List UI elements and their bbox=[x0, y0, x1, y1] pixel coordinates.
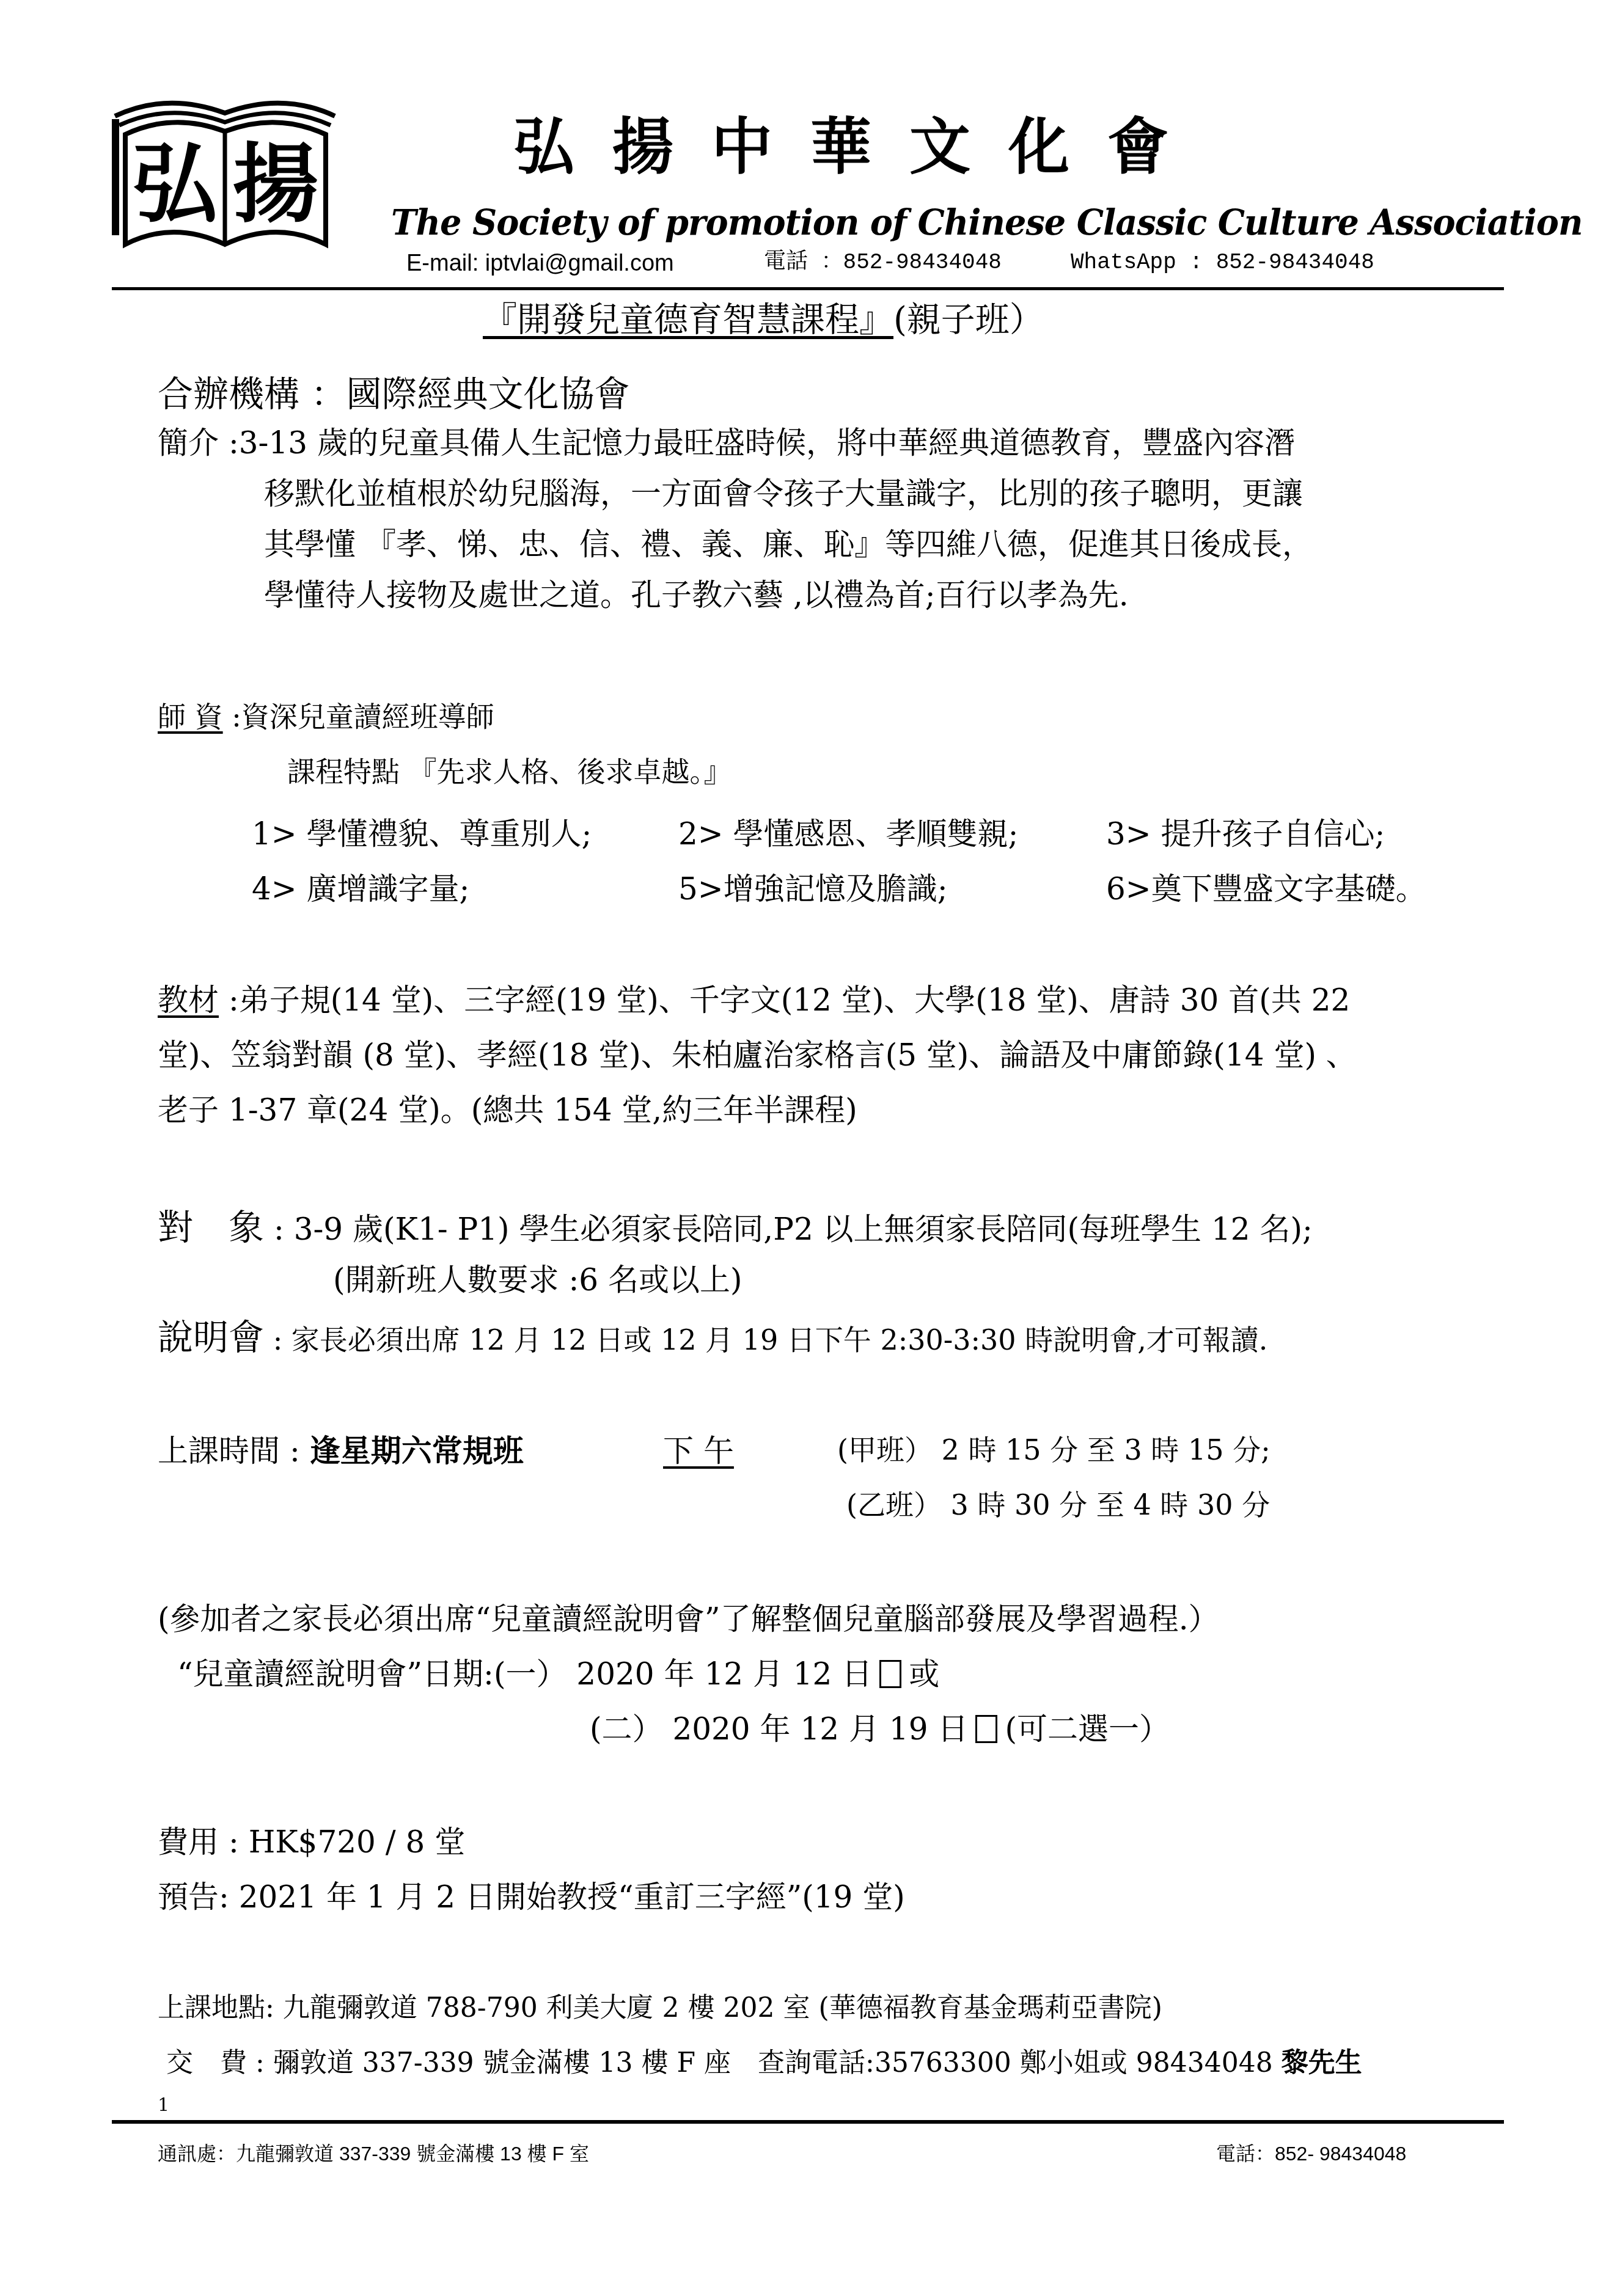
intro-line-2: 移默化並植根於幼兒腦海，一方面會令孩子大量識字，比別的孩子聰明，更讓 bbox=[264, 478, 1303, 509]
materials-line-3: 老子 1-37 章(24 堂)。(總共 154 堂,約三年半課程) bbox=[158, 1095, 857, 1125]
materials-line-1: 教材 :弟子規(14 堂)、三字經(19 堂)、千字文(12 堂)、大學(18 … bbox=[158, 985, 1350, 1015]
logo-open-book-icon: 弘 揚 bbox=[112, 95, 338, 254]
intro-label: 簡介 : bbox=[158, 425, 239, 461]
fee-line: 費用 : HK$720 / 8 堂 bbox=[158, 1827, 465, 1857]
footer-tel: 電話：852- 98434048 bbox=[1216, 2138, 1406, 2166]
venue-line: 上課地點: 九龍彌敦道 788-790 利美大廈 2 樓 202 室 (華德福教… bbox=[158, 1995, 1162, 2022]
contact-tel: 電話 ：852-98434048 bbox=[764, 252, 1002, 274]
feature-1: 1> 學懂禮貌、尊重別人; bbox=[252, 819, 592, 849]
intro-line-4: 學懂待人接物及處世之道。孔子教六藝 ,以禮為首;百行以孝為先. bbox=[264, 580, 1129, 610]
footer-divider bbox=[112, 2120, 1504, 2124]
briefing-label: 說明會 bbox=[158, 1317, 264, 1358]
co-organizer-label: 合辦機構 ： bbox=[158, 373, 346, 415]
co-organizer-value: 國際經典文化協會 bbox=[346, 373, 629, 415]
teachers-value: :資深兒童讀經班導師 bbox=[223, 700, 494, 733]
payment-line: 交 費 : 彌敦道 337-339 號金滿樓 13 樓 F 座 查詢電話:357… bbox=[166, 2050, 1362, 2077]
teachers-label: 師 資 bbox=[158, 700, 223, 733]
briefing-line: 說明會 : 家長必須出席 12 月 12 日或 12 月 19 日下午 2:30… bbox=[158, 1320, 1268, 1355]
logo-char-2: 揚 bbox=[233, 134, 318, 235]
notice-line: (參加者之家長必須出席“兒童讀經說明會”了解整個兒童腦部發展及學習過程.） bbox=[158, 1604, 1219, 1634]
preview-line: 預告: 2021 年 1 月 2 日開始教授“重訂三字經”(19 堂) bbox=[158, 1882, 905, 1912]
feature-5: 5>增強記憶及膽識; bbox=[678, 874, 948, 904]
contact-whatsapp: WhatsApp : 852-98434048 bbox=[1071, 252, 1374, 274]
course-title: 『開發兒童德育智慧課程』(親子班） bbox=[483, 299, 1044, 340]
dates-label: “兒童讀經說明會”日期: bbox=[177, 1656, 494, 1692]
org-name-zh: 弘揚中華文化會 bbox=[513, 116, 1206, 177]
footer-address: 通訊處：九龍彌敦道 337-339 號金滿樓 13 樓 F 室 bbox=[158, 2138, 589, 2166]
dates-line-2: (二） 2020 年 12 月 19 日(可二選一） bbox=[590, 1714, 1170, 1744]
schedule-line: 上課時間 : 逢星期六常規班 bbox=[158, 1436, 524, 1466]
intro-line-1: 簡介 :3-13 歲的兒童具備人生記憶力最旺盛時候，將中華經典道德教育，豐盛內容… bbox=[158, 428, 1295, 458]
materials-label: 教材 bbox=[158, 982, 219, 1018]
org-name-en: The Society of promotion of Chinese Clas… bbox=[391, 202, 1582, 243]
course-title-suffix: (親子班） bbox=[893, 300, 1044, 340]
schedule-label: 上課時間 : bbox=[158, 1433, 310, 1469]
materials-line-2: 堂)、笠翁對韻 (8 堂)、孝經(18 堂)、朱柏廬治家格言(5 堂)、論語及中… bbox=[158, 1040, 1357, 1070]
teachers-line: 師 資 :資深兒童讀經班導師 bbox=[158, 703, 494, 731]
page-number: 1 bbox=[158, 2094, 169, 2116]
schedule-period: 下 午 bbox=[663, 1436, 734, 1466]
feature-2: 2> 學懂感恩、孝順雙親; bbox=[678, 819, 1018, 849]
contact-person: 黎先生 bbox=[1281, 2047, 1362, 2078]
intro-line-3: 其學懂 『孝、悌、忠、信、禮、義、廉、恥』等四維八德，促進其日後成長， bbox=[264, 529, 1313, 560]
co-organizer: 合辦機構 ：國際經典文化協會 bbox=[158, 365, 629, 417]
target-line-1: 對 象 : 3-9 歲(K1- P1) 學生必須家長陪同,P2 以上無須家長陪同… bbox=[158, 1210, 1313, 1245]
target-label: 對 象 bbox=[158, 1207, 264, 1248]
feature-4: 4> 廣增識字量; bbox=[252, 874, 469, 904]
schedule-class-b: (乙班） 3 時 30 分 至 4 時 30 分 bbox=[846, 1491, 1270, 1519]
date2-checkbox[interactable] bbox=[975, 1715, 997, 1743]
schedule-bold: 逢星期六常規班 bbox=[310, 1433, 524, 1469]
target-line-2: (開新班人數要求 :6 名或以上) bbox=[333, 1265, 742, 1295]
feature-6: 6>奠下豐盛文字基礎。 bbox=[1106, 874, 1426, 904]
features-title: 課程特點 『先求人格、後求卓越。』 bbox=[287, 758, 732, 786]
schedule-class-a: (甲班） 2 時 15 分 至 3 時 15 分; bbox=[837, 1436, 1270, 1464]
date1-checkbox[interactable] bbox=[879, 1660, 901, 1688]
course-title-main: 『開發兒童德育智慧課程』 bbox=[483, 300, 893, 340]
dates-line-1: “兒童讀經說明會”日期:(一） 2020 年 12 月 12 日或 bbox=[177, 1659, 939, 1689]
contact-email[interactable]: E-mail: iptvlai@gmail.com bbox=[406, 252, 674, 275]
logo-char-1: 弘 bbox=[132, 134, 219, 235]
feature-3: 3> 提升孩子自信心; bbox=[1106, 819, 1385, 849]
header-divider bbox=[112, 287, 1504, 290]
